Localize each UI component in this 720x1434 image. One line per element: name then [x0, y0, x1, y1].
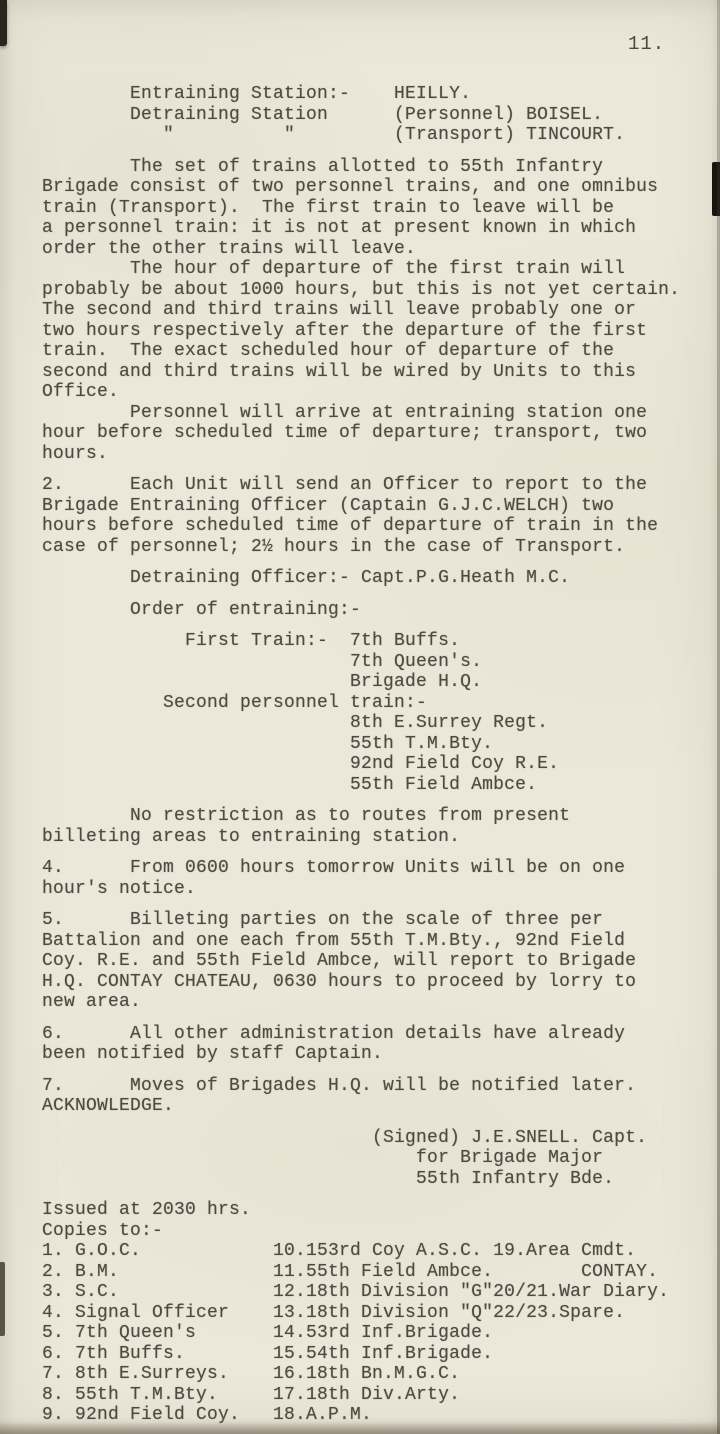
section-para-5-billeting: 5. Billeting parties on the scale of thr…: [42, 910, 720, 1013]
document-line: No restriction as to routes from present: [42, 806, 720, 827]
document-line: Entraining Station:- HEILLY.: [42, 84, 720, 105]
document-line: 7. 8th E.Surreys. 16.18th Bn.M.G.C.: [42, 1364, 720, 1385]
document-line: 2. B.M. 11.55th Field Ambce. CONTAY.: [42, 1262, 720, 1283]
document-line: for Brigade Major: [42, 1148, 720, 1169]
document-line: The hour of departure of the first train…: [42, 259, 720, 280]
document-line: Detraining Station (Personnel) BOISEL.: [42, 105, 720, 126]
document-line: 55th Field Ambce.: [42, 775, 720, 796]
document-line: 55th Infantry Bde.: [42, 1169, 720, 1190]
document-line: " " (Transport) TINCOURT.: [42, 125, 720, 146]
document-line: Issued at 2030 hrs.: [42, 1200, 720, 1221]
document-line: a personnel train: it is not at present …: [42, 218, 720, 239]
document-line: 6. All other administration details have…: [42, 1024, 720, 1045]
document-line: two hours respectively after the departu…: [42, 321, 720, 342]
document-line: new area.: [42, 992, 720, 1013]
section-issued: Issued at 2030 hrs.: [42, 1200, 720, 1221]
document-line: Battalion and one each from 55th T.M.Bty…: [42, 931, 720, 952]
document-line: been notified by staff Captain.: [42, 1044, 720, 1065]
document-line: Copies to:-: [42, 1221, 720, 1242]
document-line: 7th Queen's.: [42, 652, 720, 673]
section-stations: Entraining Station:- HEILLY. Detraining …: [42, 84, 720, 146]
document-line: ACKNOWLEDGE.: [42, 1096, 720, 1117]
document-line: Brigade Entraining Officer (Captain G.J.…: [42, 496, 720, 517]
document-line: hour before scheduled time of departure;…: [42, 423, 720, 444]
document-page: 11. Entraining Station:- HEILLY. Detrain…: [0, 0, 720, 1434]
document-line: First Train:- 7th Buffs.: [42, 631, 720, 652]
section-para-6-admin: 6. All other administration details have…: [42, 1024, 720, 1065]
document-line: 8th E.Surrey Regt.: [42, 713, 720, 734]
section-train-order: First Train:- 7th Buffs. 7th Queen's. Br…: [42, 631, 720, 795]
document-line: H.Q. CONTAY CHATEAU, 0630 hours to proce…: [42, 972, 720, 993]
document-line: The second and third trains will leave p…: [42, 300, 720, 321]
document-line: hour's notice.: [42, 879, 720, 900]
document-line: 5. 7th Queen's 14.53rd Inf.Brigade.: [42, 1323, 720, 1344]
document-line: order the other trains will leave.: [42, 239, 720, 260]
document-line: probably be about 1000 hours, but this i…: [42, 280, 720, 301]
section-para-2-entraining-officer: 2. Each Unit will send an Officer to rep…: [42, 475, 720, 557]
document-line: train (Transport). The first train to le…: [42, 198, 720, 219]
scan-artifact-left-mid: [0, 1262, 5, 1336]
document-line: Personnel will arrive at entraining stat…: [42, 403, 720, 424]
page-number: 11.: [628, 33, 665, 55]
document-line: hours.: [42, 444, 720, 465]
document-line: 1. G.O.C. 10.153rd Coy A.S.C. 19.Area Cm…: [42, 1241, 720, 1262]
document-line: 3. S.C. 12.18th Division "G"20/21.War Di…: [42, 1282, 720, 1303]
section-signature: (Signed) J.E.SNELL. Capt. for Brigade Ma…: [42, 1128, 720, 1190]
document-line: Coy. R.E. and 55th Field Ambce, will rep…: [42, 951, 720, 972]
document-line: (Signed) J.E.SNELL. Capt.: [42, 1128, 720, 1149]
section-para-4-notice: 4. From 0600 hours tomorrow Units will b…: [42, 858, 720, 899]
document-line: The set of trains allotted to 55th Infan…: [42, 157, 720, 178]
section-para-3-routes: No restriction as to routes from present…: [42, 806, 720, 847]
document-line: billeting areas to entraining station.: [42, 827, 720, 848]
document-line: 4. Signal Officer 13.18th Division "Q"22…: [42, 1303, 720, 1324]
document-line: hours before scheduled time of departure…: [42, 516, 720, 537]
document-line: 55th T.M.Bty.: [42, 734, 720, 755]
section-distribution: Copies to:-1. G.O.C. 10.153rd Coy A.S.C.…: [42, 1221, 720, 1426]
document-line: Order of entraining:-: [42, 600, 720, 621]
document-line: Second personnel train:-: [42, 693, 720, 714]
document-line: Detraining Officer:- Capt.P.G.Heath M.C.: [42, 568, 720, 589]
scan-artifact-top-left: [0, 0, 7, 46]
document-line: 2. Each Unit will send an Officer to rep…: [42, 475, 720, 496]
document-line: 4. From 0600 hours tomorrow Units will b…: [42, 858, 720, 879]
section-order-of-entraining-heading: Order of entraining:-: [42, 600, 720, 621]
document-line: Office.: [42, 382, 720, 403]
document-line: Brigade H.Q.: [42, 672, 720, 693]
scan-edge-bottom: [0, 1422, 720, 1434]
document-line: Brigade consist of two personnel trains,…: [42, 177, 720, 198]
section-para-trains: The set of trains allotted to 55th Infan…: [42, 157, 720, 465]
document-line: case of personnel; 2½ hours in the case …: [42, 537, 720, 558]
section-para-7-moves: 7. Moves of Brigades H.Q. will be notifi…: [42, 1076, 720, 1117]
document-line: 7. Moves of Brigades H.Q. will be notifi…: [42, 1076, 720, 1097]
document-line: 6. 7th Buffs. 15.54th Inf.Brigade.: [42, 1344, 720, 1365]
document-line: 92nd Field Coy R.E.: [42, 754, 720, 775]
section-detraining-officer: Detraining Officer:- Capt.P.G.Heath M.C.: [42, 568, 720, 589]
document-line: 5. Billeting parties on the scale of thr…: [42, 910, 720, 931]
document-line: train. The exact scheduled hour of depar…: [42, 341, 720, 362]
document-line: 8. 55th T.M.Bty. 17.18th Div.Arty.: [42, 1385, 720, 1406]
document-line: second and third trains will be wired by…: [42, 362, 720, 383]
